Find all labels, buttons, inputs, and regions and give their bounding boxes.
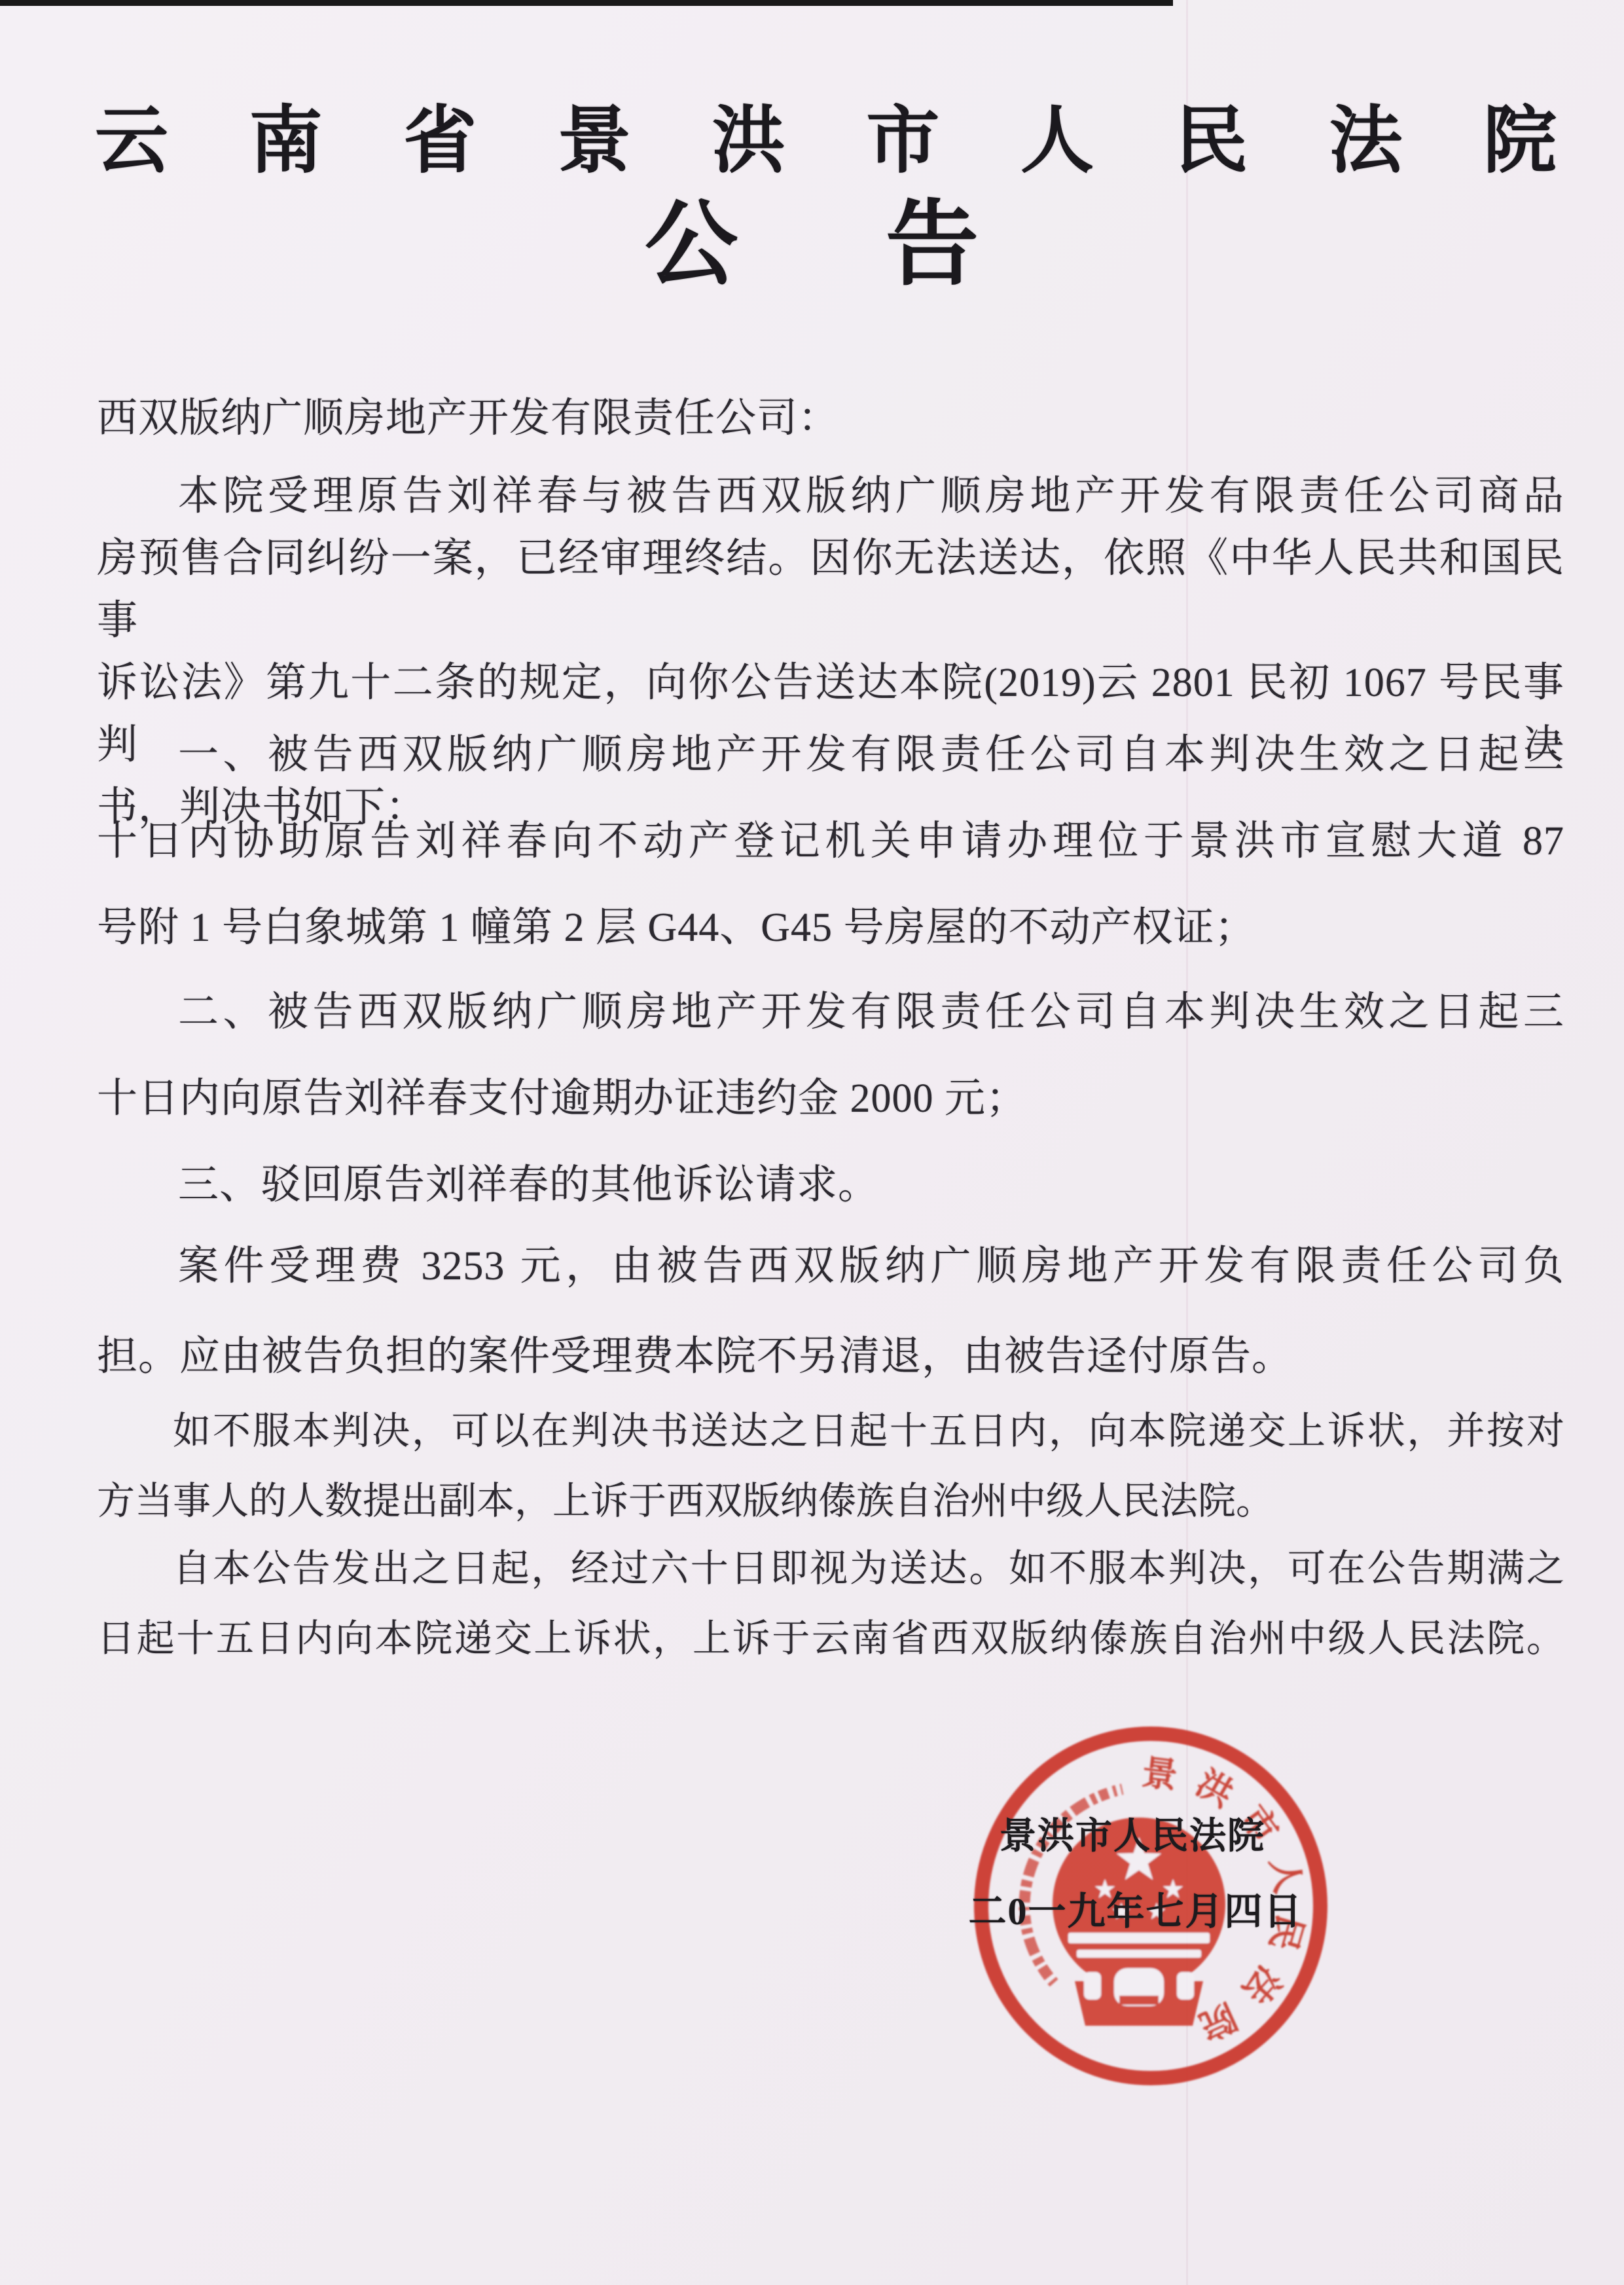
doc-line: 本院受理原告刘祥春与被告西双版纳广顺房地产开发有限责任公司商品 — [97, 466, 1564, 528]
paragraph-addressee: 西双版纳广顺房地产开发有限责任公司： — [97, 395, 1564, 441]
scanned-court-notice-page: 云南省景洪市人民法院 公告 西双版纳广顺房地产开发有限责任公司： 本院受理原告刘… — [0, 0, 1624, 2285]
paragraph-court-fee: 案件受理费 3253 元，由被告西双版纳广顺房地产开发有限责任公司负 担。应由被… — [97, 1221, 1564, 1402]
scan-edge-artifact — [0, 0, 1173, 6]
doc-line: 如不服本判决，可以在判决书送达之日起十五日内，向本院递交上诉状，并按对 — [97, 1396, 1564, 1466]
notice-title: 公告 — [645, 196, 979, 294]
doc-line: 十日内协助原告刘祥春向不动产登记机关申请办理位于景洪市宣慰大道 87 — [97, 798, 1564, 885]
doc-line: 十日内向原告刘祥春支付逾期办证违约金 2000 元； — [97, 1055, 1564, 1142]
paragraph-appeal-notice: 如不服本判决，可以在判决书送达之日起十五日内，向本院递交上诉状，并按对 方当事人… — [97, 1396, 1564, 1536]
doc-line: 日起十五日内向本院递交上诉状，上诉于云南省西双版纳傣族自治州中级人民法院。 — [97, 1603, 1564, 1673]
stamp-date: 二0一九年七月四日 — [926, 1880, 1345, 1935]
doc-line: 房预售合同纠纷一案，已经审理终结。因你无法送达，依照《中华人民共和国民事 — [97, 528, 1564, 652]
doc-line: 担。应由被告负担的案件受理费本院不另清退，由被告迳付原告。 — [97, 1311, 1564, 1402]
doc-line: 西双版纳广顺房地产开发有限责任公司： — [97, 395, 1564, 441]
doc-line: 自本公告发出之日起，经过六十日即视为送达。如不服本判决，可在公告期满之 — [97, 1533, 1564, 1603]
doc-line: 二、被告西双版纳广顺房地产开发有限责任公司自本判决生效之日起三 — [97, 969, 1564, 1055]
doc-line: 三、驳回原告刘祥春的其他诉讼请求。 — [97, 1162, 1564, 1208]
paragraph-ruling-1: 一、被告西双版纳广顺房地产开发有限责任公司自本判决生效之日起三 十日内协助原告刘… — [97, 712, 1564, 971]
doc-line: 号附 1 号白象城第 1 幢第 2 层 G44、G45 号房屋的不动产权证； — [97, 885, 1564, 971]
court-title: 云南省景洪市人民法院 — [95, 103, 1557, 181]
doc-line: 案件受理费 3253 元，由被告西双版纳广顺房地产开发有限责任公司负 — [97, 1221, 1564, 1311]
stamp-court-name: 景洪市人民法院 — [923, 1807, 1342, 1859]
doc-line: 方当事人的人数提出副本，上诉于西双版纳傣族自治州中级人民法院。 — [97, 1466, 1564, 1536]
paragraph-ruling-2: 二、被告西双版纳广顺房地产开发有限责任公司自本判决生效之日起三 十日内向原告刘祥… — [97, 969, 1564, 1142]
paragraph-service-period: 自本公告发出之日起，经过六十日即视为送达。如不服本判决，可在公告期满之 日起十五… — [97, 1533, 1564, 1673]
paragraph-ruling-3: 三、驳回原告刘祥春的其他诉讼请求。 — [97, 1162, 1564, 1208]
doc-line: 一、被告西双版纳广顺房地产开发有限责任公司自本判决生效之日起三 — [97, 712, 1564, 798]
